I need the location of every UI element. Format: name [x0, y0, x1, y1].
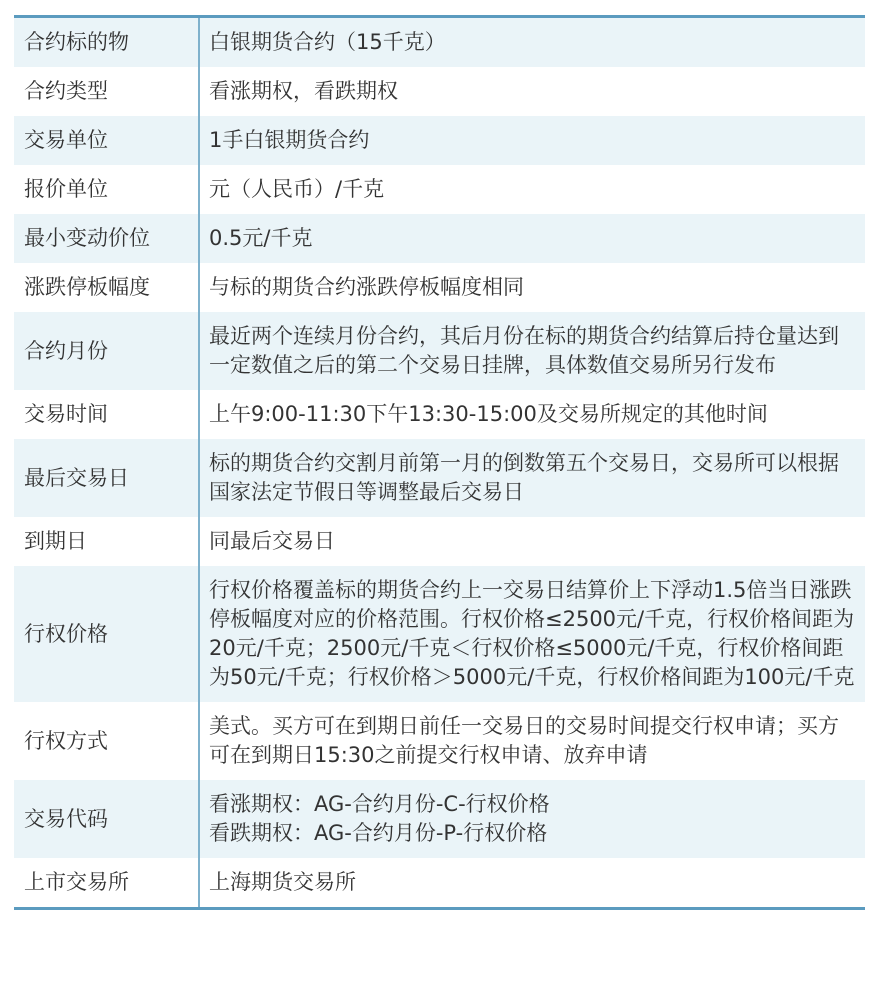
row-value: 看涨期权：AG-合约月份-C-行权价格 看跌期权：AG-合约月份-P-行权价格 [199, 780, 865, 858]
row-label: 上市交易所 [14, 858, 199, 909]
row-value: 最近两个连续月份合约，其后月份在标的期货合约结算后持仓量达到一定数值之后的第二个… [199, 312, 865, 390]
table-row: 涨跌停板幅度 与标的期货合约涨跌停板幅度相同 [14, 263, 865, 312]
trading-code-call: 看涨期权：AG-合约月份-C-行权价格 [209, 790, 857, 819]
row-value: 0.5元/千克 [199, 214, 865, 263]
table-row: 到期日 同最后交易日 [14, 517, 865, 566]
row-label: 涨跌停板幅度 [14, 263, 199, 312]
row-value: 1手白银期货合约 [199, 116, 865, 165]
row-label: 交易单位 [14, 116, 199, 165]
row-label: 合约月份 [14, 312, 199, 390]
row-label: 到期日 [14, 517, 199, 566]
row-label: 合约类型 [14, 67, 199, 116]
table-row: 合约标的物 白银期货合约（15千克） [14, 17, 865, 68]
row-value: 同最后交易日 [199, 517, 865, 566]
row-value: 看涨期权，看跌期权 [199, 67, 865, 116]
table-row: 最小变动价位 0.5元/千克 [14, 214, 865, 263]
table-row: 交易代码 看涨期权：AG-合约月份-C-行权价格 看跌期权：AG-合约月份-P-… [14, 780, 865, 858]
row-label: 行权方式 [14, 702, 199, 780]
table-row: 交易单位 1手白银期货合约 [14, 116, 865, 165]
row-value: 与标的期货合约涨跌停板幅度相同 [199, 263, 865, 312]
row-label: 行权价格 [14, 566, 199, 702]
row-value: 标的期货合约交割月前第一月的倒数第五个交易日，交易所可以根据国家法定节假日等调整… [199, 439, 865, 517]
row-value: 上海期货交易所 [199, 858, 865, 909]
row-label: 交易时间 [14, 390, 199, 439]
row-value: 行权价格覆盖标的期货合约上一交易日结算价上下浮动1.5倍当日涨跌停板幅度对应的价… [199, 566, 865, 702]
table-row: 最后交易日 标的期货合约交割月前第一月的倒数第五个交易日，交易所可以根据国家法定… [14, 439, 865, 517]
table-row: 交易时间 上午9:00-11:30下午13:30-15:00及交易所规定的其他时… [14, 390, 865, 439]
contract-spec-table: 合约标的物 白银期货合约（15千克） 合约类型 看涨期权，看跌期权 交易单位 1… [14, 15, 865, 910]
row-label: 最后交易日 [14, 439, 199, 517]
table-row: 行权价格 行权价格覆盖标的期货合约上一交易日结算价上下浮动1.5倍当日涨跌停板幅… [14, 566, 865, 702]
row-label: 最小变动价位 [14, 214, 199, 263]
row-label: 合约标的物 [14, 17, 199, 68]
row-value: 白银期货合约（15千克） [199, 17, 865, 68]
table-row: 合约类型 看涨期权，看跌期权 [14, 67, 865, 116]
trading-code-put: 看跌期权：AG-合约月份-P-行权价格 [209, 819, 857, 848]
row-value: 元（人民币）/千克 [199, 165, 865, 214]
row-label: 交易代码 [14, 780, 199, 858]
table-row: 上市交易所 上海期货交易所 [14, 858, 865, 909]
row-value: 美式。买方可在到期日前任一交易日的交易时间提交行权申请；买方可在到期日15:30… [199, 702, 865, 780]
table-row: 报价单位 元（人民币）/千克 [14, 165, 865, 214]
row-value: 上午9:00-11:30下午13:30-15:00及交易所规定的其他时间 [199, 390, 865, 439]
table-row: 行权方式 美式。买方可在到期日前任一交易日的交易时间提交行权申请；买方可在到期日… [14, 702, 865, 780]
table-row: 合约月份 最近两个连续月份合约，其后月份在标的期货合约结算后持仓量达到一定数值之… [14, 312, 865, 390]
row-label: 报价单位 [14, 165, 199, 214]
